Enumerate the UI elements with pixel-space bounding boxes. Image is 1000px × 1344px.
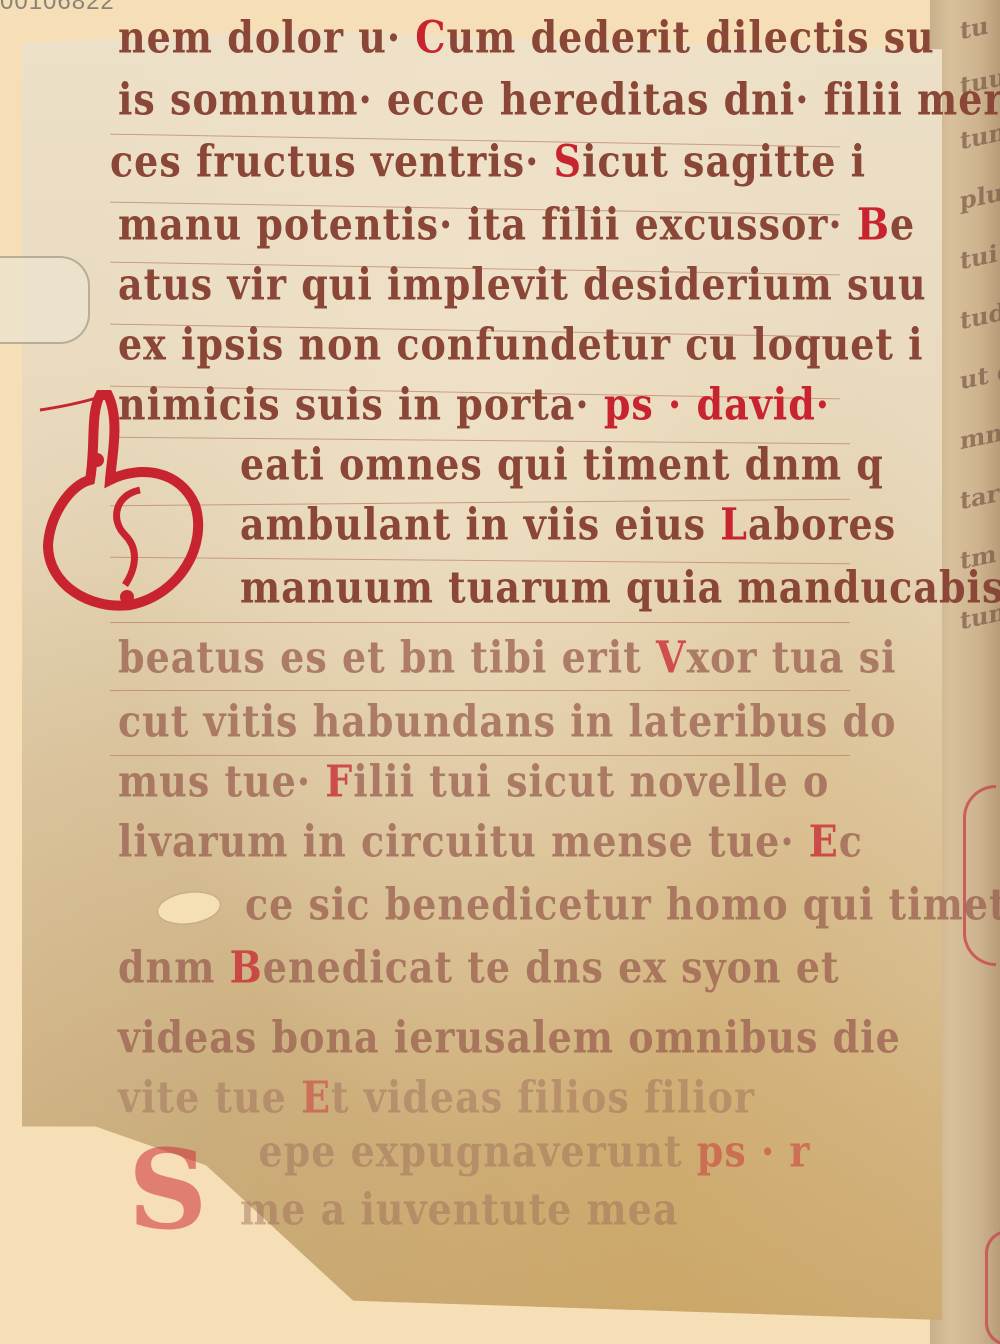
manuscript-line: is somnum· ecce hereditas dni· filii mer	[118, 73, 1000, 125]
facing-page-initial	[963, 785, 996, 966]
manuscript-line: Sepe expugnaverunt ps · r	[230, 1125, 810, 1177]
manuscript-line: nem dolor u· Cum dederit dilectis su	[118, 11, 935, 63]
faded-initial-s: S	[128, 1125, 207, 1254]
manuscript-line: cut vitis habundans in lateribus do	[118, 695, 896, 747]
manuscript-line: manu potentis· ita filii excussor· Be	[118, 198, 915, 250]
facing-page-text: ut qui	[960, 354, 1000, 396]
facing-page-text: plurga	[960, 174, 1000, 216]
rubric-initial: B	[857, 198, 890, 250]
manuscript-line: nimicis suis in porta· ps · david·	[118, 378, 830, 430]
manuscript-line: atus vir qui implevit desiderium suu	[118, 258, 927, 310]
facing-page-text: tui con	[960, 234, 1000, 276]
manuscript-line: livarum in circuitu mense tue· Ec	[118, 815, 863, 867]
facing-page-text: tudin	[960, 294, 1000, 336]
manuscript-line: ce sic benedicetur homo qui timet	[245, 878, 1000, 930]
manuscript-line: me a iuventute mea	[240, 1183, 679, 1235]
rubric-initial: E	[809, 815, 839, 867]
manuscript-line: mus tue· Filii tui sicut novelle o	[118, 755, 829, 807]
manuscript-line: ces fructus ventris· Sicut sagitte i	[110, 135, 866, 187]
manuscript-line: videas bona ierusalem omnibus die	[118, 1011, 901, 1063]
manuscript-line: beatus es et bn tibi erit Vxor tua si	[118, 631, 897, 683]
rubric-initial: B	[230, 941, 263, 993]
ruling-line	[110, 690, 850, 691]
rubric-initial: F	[325, 755, 353, 807]
image-id-label: 00106822	[0, 0, 115, 16]
psalm-rubric: ps · r	[697, 1125, 811, 1177]
facing-page-text: tu	[960, 4, 1000, 46]
rubric-initial: L	[720, 498, 748, 550]
rubric-initial: E	[301, 1071, 331, 1123]
manuscript-line: ambulant in viis eius Labores	[240, 498, 896, 550]
psalm-rubric: ps · david·	[604, 378, 830, 430]
manuscript-line: dnm Benedicat te dns ex syon et	[118, 941, 840, 993]
manuscript-line: vite tue Et videas filios filior	[118, 1071, 755, 1123]
rubric-initial: V	[656, 631, 686, 683]
facing-page-text: mn d	[960, 414, 1000, 456]
manuscript-line: manuum tuarum quia manducabis	[240, 561, 1000, 613]
manuscript-line: ex ipsis non confundetur cu loquet i	[118, 318, 924, 370]
ruling-line	[110, 622, 850, 623]
bookmark-tab	[0, 256, 90, 344]
manuscript-line: eati omnes qui timent dnm q	[240, 438, 884, 490]
decorated-initial-b	[30, 385, 210, 615]
facing-page-initial	[985, 1230, 1000, 1344]
rubric-initial: S	[554, 135, 582, 187]
rubric-initial: C	[415, 11, 446, 63]
facing-page-text: tarum	[960, 474, 1000, 516]
